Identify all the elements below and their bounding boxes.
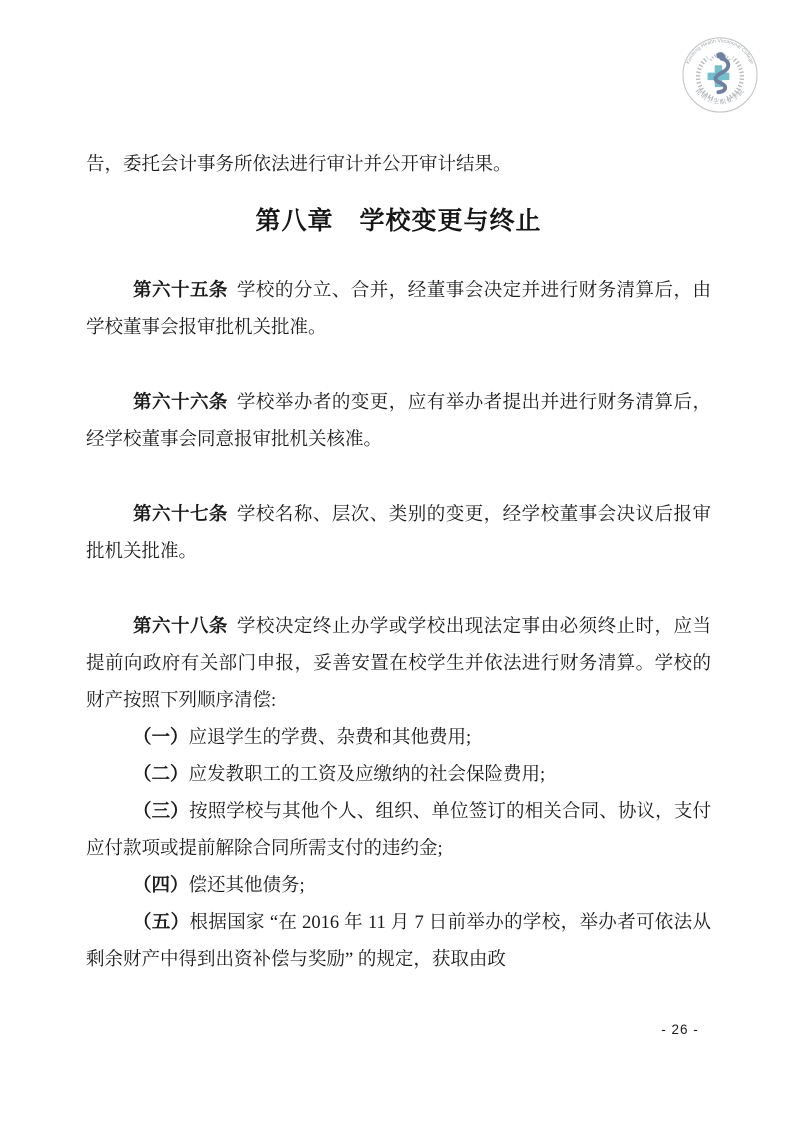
chapter-heading: 第八章 学校变更与终止 <box>86 203 711 240</box>
article-68-number: 第六十八条 <box>133 617 228 637</box>
clause-4: （四）偿还其他债务; <box>86 868 711 905</box>
school-logo: Kunming Health Vocational College 昆明卫生职业… <box>681 36 759 114</box>
clause-3-marker: （三） <box>133 802 189 822</box>
article-65-number: 第六十五条 <box>133 281 228 301</box>
clause-5: （五）根据国家 “在 2016 年 11 月 7 日前举办的学校，举办者可依法从… <box>86 905 711 979</box>
article-66-number: 第六十六条 <box>133 393 228 413</box>
clause-2: （二）应发教职工的工资及应缴纳的社会保险费用; <box>86 757 711 794</box>
article-65: 第六十五条学校的分立、合并，经董事会决定并进行财务清算后，由学校董事会报审批机关… <box>86 273 711 347</box>
article-67: 第六十七条学校名称、层次、类别的变更，经学校董事会决议后报审批机关批准。 <box>86 497 711 571</box>
article-68: 第六十八条学校决定终止办学或学校出现法定事由必须终止时，应当提前向政府有关部门申… <box>86 609 711 720</box>
clause-1: （一）应退学生的学费、杂费和其他费用; <box>86 720 711 757</box>
clause-5-marker: （五） <box>133 913 190 933</box>
clause-2-text: 应发教职工的工资及应缴纳的社会保险费用; <box>189 765 546 785</box>
clause-4-text: 偿还其他债务; <box>189 876 305 896</box>
clause-1-text: 应退学生的学费、杂费和其他费用; <box>189 728 472 748</box>
paragraph-continuation: 告，委托会计事务所依法进行审计并公开审计结果。 <box>86 147 711 184</box>
clause-1-marker: （一） <box>133 728 189 748</box>
article-67-number: 第六十七条 <box>133 505 228 525</box>
article-66: 第六十六条学校举办者的变更，应有举办者提出并进行财务清算后，经学校董事会同意报审… <box>86 385 711 459</box>
document-page: Kunming Health Vocational College 昆明卫生职业… <box>0 0 793 1121</box>
clause-4-marker: （四） <box>133 876 189 896</box>
page-number: - 26 - <box>640 1022 720 1037</box>
clause-2-marker: （二） <box>133 765 189 785</box>
clause-3: （三）按照学校与其他个人、组织、单位签订的相关合同、协议，支付应付款项或提前解除… <box>86 794 711 868</box>
school-logo-seal: Kunming Health Vocational College 昆明卫生职业… <box>681 36 759 114</box>
document-body: 告，委托会计事务所依法进行审计并公开审计结果。 第八章 学校变更与终止 第六十五… <box>86 147 711 979</box>
